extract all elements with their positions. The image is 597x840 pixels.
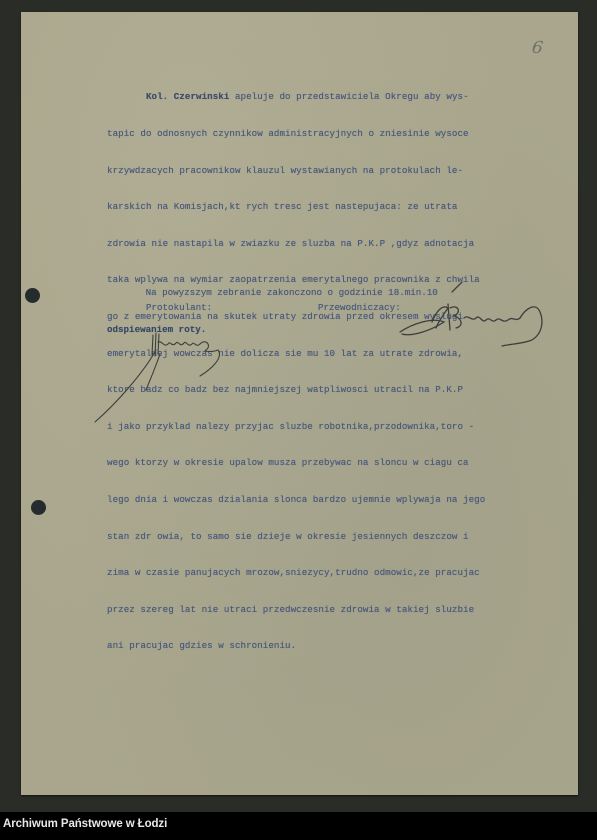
body-line: lego dnia i wowczas dzialania slonca bar… <box>107 494 585 506</box>
footer-bar: Archiwum Państwowe w Łodzi <box>0 812 597 840</box>
punch-hole-top <box>25 288 40 303</box>
body-line: wego ktorzy w okresie upalow musza przeb… <box>107 457 585 469</box>
punch-hole-bottom <box>31 500 46 515</box>
body-line: Kol. Czerwinski apeluje do przedstawicie… <box>107 91 585 103</box>
chairman-signature <box>392 282 567 357</box>
body-line: zima w czasie panujacych mrozow,sniezycy… <box>107 567 585 579</box>
archive-name: Archiwum Państwowe w Łodzi <box>3 818 167 830</box>
body-line: tapic do odnosnych czynnikow administrac… <box>107 128 585 140</box>
body-line: przez szereg lat nie utraci przedwczesni… <box>107 604 585 616</box>
chairman-label: Przewodniczacy: <box>318 302 401 313</box>
body-line: zdrowia nie nastapila w zwiazku ze sluzb… <box>107 238 585 250</box>
body-line: karskich na Komisjach,kt rych tresc jest… <box>107 201 585 213</box>
body-line: krzywdzacych pracownikow klauzul wystawi… <box>107 165 585 177</box>
body-line: stan zdr owia, to samo sie dzieje w okre… <box>107 531 585 543</box>
body-line: ani pracujac gdzies w schronieniu. <box>107 640 585 652</box>
speaker-name: Kol. Czerwinski <box>146 91 229 102</box>
recorder-signature <box>90 310 260 430</box>
closing-line: Na powyzszym zebranie zakonczono o godzi… <box>107 287 438 299</box>
